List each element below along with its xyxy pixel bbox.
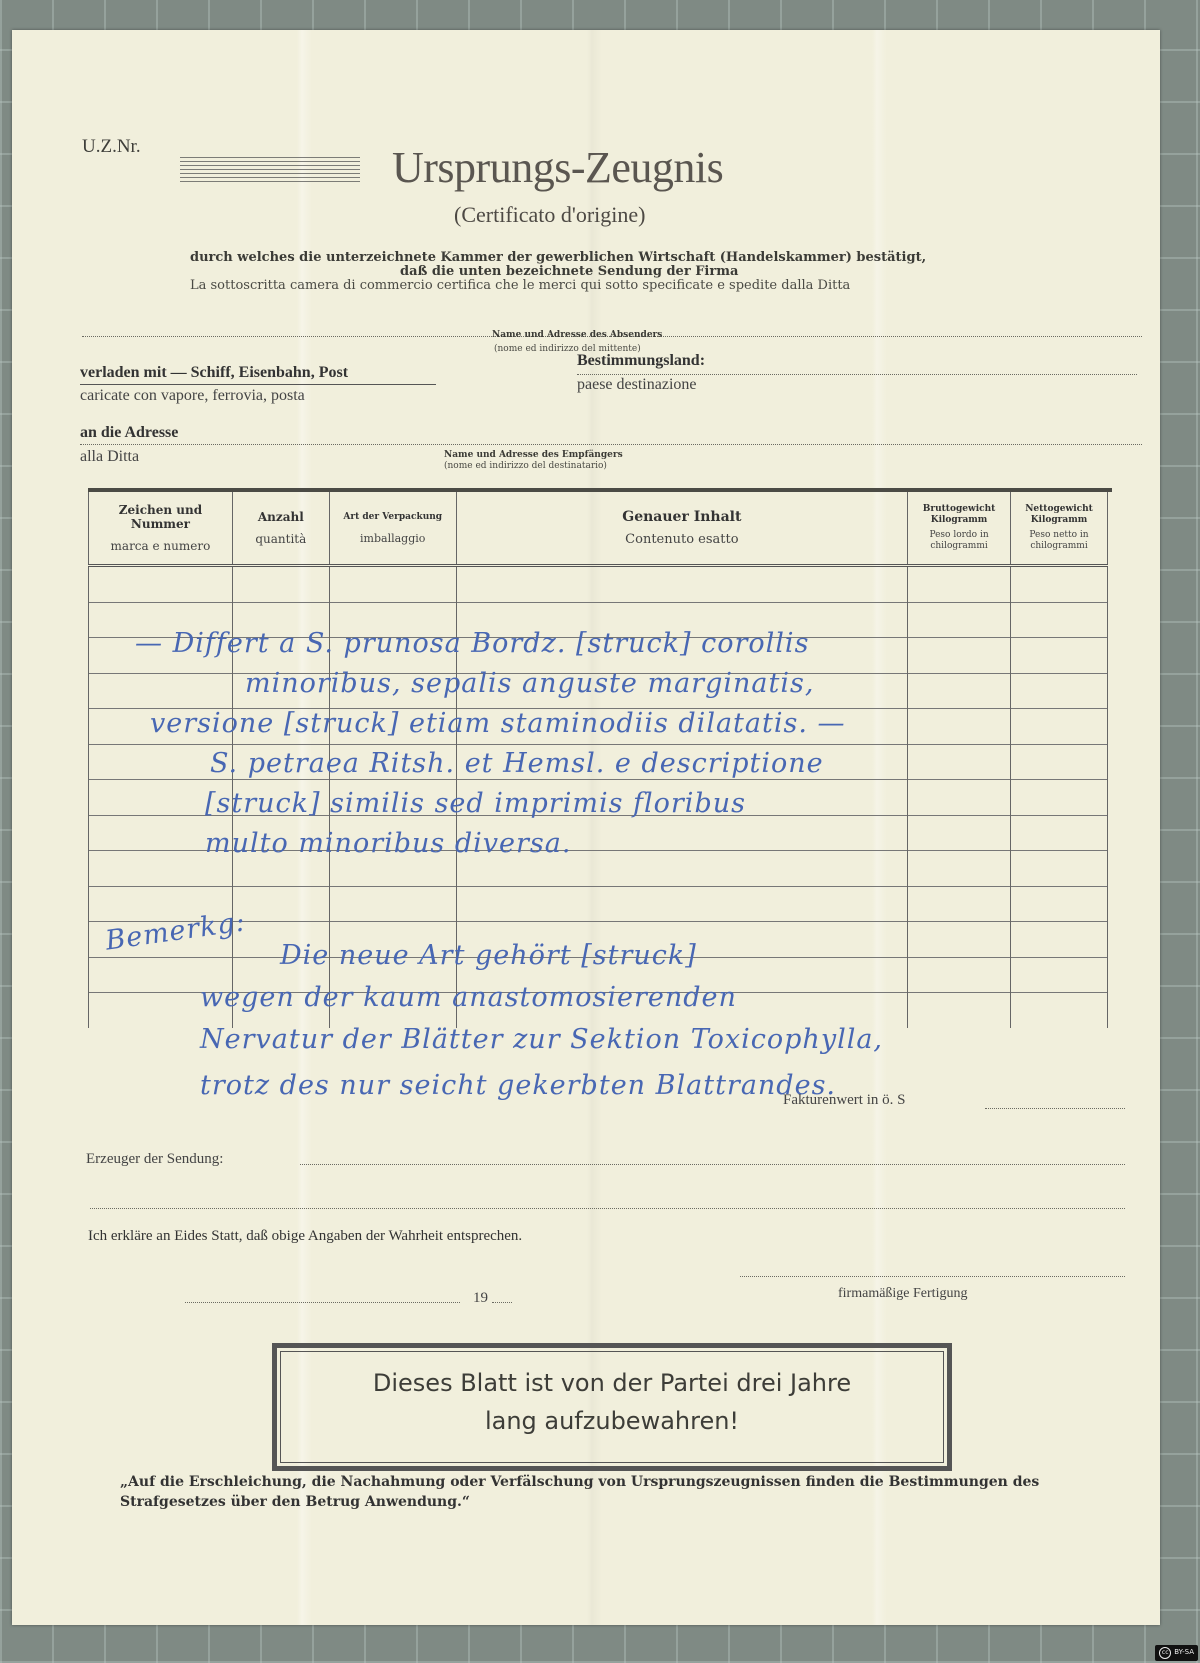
intro-de-line1: durch welches die unterzeichnete Kammer … [190,250,926,265]
table-cell[interactable] [1011,744,1108,780]
handwritten-line-5: [struck] similis sed imprimis floribus [205,788,746,819]
notice-line-2: lang aufzubewahren! [277,1402,947,1440]
table-cell[interactable] [908,993,1011,1028]
table-cell[interactable] [908,673,1011,709]
producer-field[interactable] [300,1164,1125,1165]
shipping-label-de: verladen mit — Schiff, Eisenbahn, Post [80,364,348,382]
invoice-value-label: Fakturenwert in ö. S [783,1092,905,1109]
date-field[interactable] [185,1302,460,1303]
page-title: Ursprungs-Zeugnis [392,142,723,193]
invoice-value-field[interactable] [985,1108,1125,1109]
retention-notice-box: Dieses Blatt ist von der Partei drei Jah… [272,1343,952,1471]
handwritten-line-1: — Differt a S. prunosa Bordz. [struck] c… [135,628,809,659]
col-marks-de: Zeichen und Nummer [89,503,232,531]
table-cell[interactable] [908,780,1011,816]
col-packaging-de: Art der Verpackung [330,512,456,523]
col-packaging-it: imballaggio [330,533,456,544]
table-cell[interactable] [1011,638,1108,674]
table-cell[interactable] [1011,851,1108,887]
handwritten-line-3: versione [struck] etiam staminodiis dila… [150,708,846,739]
table-cell[interactable] [456,886,907,922]
recipient-caption-it: (nome ed indirizzo del destinatario) [444,461,607,471]
uz-nr-redacted-field [180,156,360,182]
table-cell[interactable] [908,744,1011,780]
destination-label-de: Bestimmungsland: [577,352,705,370]
handwritten-remark-2: wegen der kaum anastomosierenden [200,982,737,1013]
col-header-marks: Zeichen und Nummer marca e numero [89,492,233,566]
intro-it: La sottoscritta camera di commercio cert… [190,278,850,293]
table-cell[interactable] [908,886,1011,922]
license-badge: ccBY-SA [1155,1645,1198,1661]
sender-label-de: Name und Adresse des Absenders [492,330,662,340]
handwritten-line-4: S. petraea Ritsh. et Hemsl. e descriptio… [210,748,824,779]
col-header-packaging: Art der Verpackung imballaggio [329,492,456,566]
table-cell[interactable] [908,709,1011,745]
col-gross-de: Bruttogewicht Kilogramm [908,504,1010,526]
col-header-contents: Genauer Inhalt Contenuto esatto [456,492,907,566]
table-cell[interactable] [908,957,1011,993]
handwritten-remark-4: trotz des nur seicht gekerbten Blattrand… [200,1070,836,1101]
table-cell[interactable] [908,638,1011,674]
year-field[interactable] [492,1302,512,1303]
table-cell[interactable] [1011,780,1108,816]
col-header-gross-weight: Bruttogewicht Kilogramm Peso lordo in ch… [908,492,1011,566]
intro-de-line2: daß die unten bezeichnete Sendung der Fi… [400,264,738,279]
col-net-it: Peso netto in chilogrammi [1011,530,1107,552]
handwritten-remark-3: Nervatur der Blätter zur Sektion Toxicop… [200,1024,883,1055]
license-label: BY-SA [1174,1648,1194,1656]
col-marks-it: marca e numero [89,539,232,553]
handwritten-line-2: minoribus, sepalis anguste marginatis, [245,668,814,699]
producer-label: Erzeuger der Sendung: [86,1151,223,1168]
table-cell[interactable] [908,922,1011,958]
declaration-text: Ich erkläre an Eides Statt, daß obige An… [88,1228,522,1245]
table-cell[interactable] [232,886,329,922]
table-cell[interactable] [908,602,1011,638]
legal-notice: „Auf die Erschleichung, die Nachahmung o… [120,1472,1080,1512]
table-cell[interactable] [329,566,456,603]
table-cell[interactable] [1011,815,1108,851]
table-cell[interactable] [908,851,1011,887]
table-cell[interactable] [1011,709,1108,745]
signature-field[interactable] [740,1276,1125,1277]
col-gross-it: Peso lordo in chilogrammi [908,530,1010,552]
destination-label-it: paese destinazione [577,376,697,394]
notice-line-1: Dieses Blatt ist von der Partei drei Jah… [277,1364,947,1402]
table-cell[interactable] [1011,602,1108,638]
table-cell[interactable] [329,886,456,922]
col-contents-it: Contenuto esatto [457,532,907,547]
year-prefix: 19 [473,1290,488,1307]
shipping-label-it: caricate con vapore, ferrovia, posta [80,387,305,405]
recipient-label-it: alla Ditta [80,448,139,466]
table-row [89,566,1108,603]
col-contents-de: Genauer Inhalt [457,510,907,524]
recipient-caption-de: Name und Adresse des Empfängers [444,450,623,460]
handwritten-remark-1: Die neue Art gehört [struck] [280,940,697,971]
signature-label: firmamäßige Fertigung [838,1286,967,1302]
shipping-field[interactable] [80,384,436,385]
recipient-field[interactable] [80,444,1142,445]
producer-field-2[interactable] [90,1208,1125,1209]
page-subtitle: (Certificato d'origine) [454,202,646,228]
table-cell[interactable] [1011,922,1108,958]
table-cell[interactable] [1011,993,1108,1028]
table-cell[interactable] [1011,673,1108,709]
destination-field[interactable] [577,374,1137,375]
col-header-net-weight: Nettogewicht Kilogramm Peso netto in chi… [1011,492,1108,566]
table-cell[interactable] [232,566,329,603]
table-cell[interactable] [89,566,233,603]
col-quantity-it: quantità [233,532,329,546]
table-cell[interactable] [89,673,233,709]
table-cell[interactable] [1011,957,1108,993]
table-header-row: Zeichen und Nummer marca e numero Anzahl… [89,492,1108,566]
col-header-quantity: Anzahl quantità [232,492,329,566]
creative-commons-icon: cc [1159,1647,1171,1659]
table-cell[interactable] [456,566,907,603]
uz-nr-label: U.Z.Nr. [82,136,141,158]
table-cell[interactable] [908,566,1011,603]
handwritten-line-6: multo minoribus diversa. [205,828,571,859]
table-cell[interactable] [1011,566,1108,603]
col-quantity-de: Anzahl [233,510,329,524]
col-net-de: Nettogewicht Kilogramm [1011,504,1107,526]
table-cell[interactable] [1011,886,1108,922]
table-cell[interactable] [908,815,1011,851]
recipient-label-de: an die Adresse [80,424,178,442]
